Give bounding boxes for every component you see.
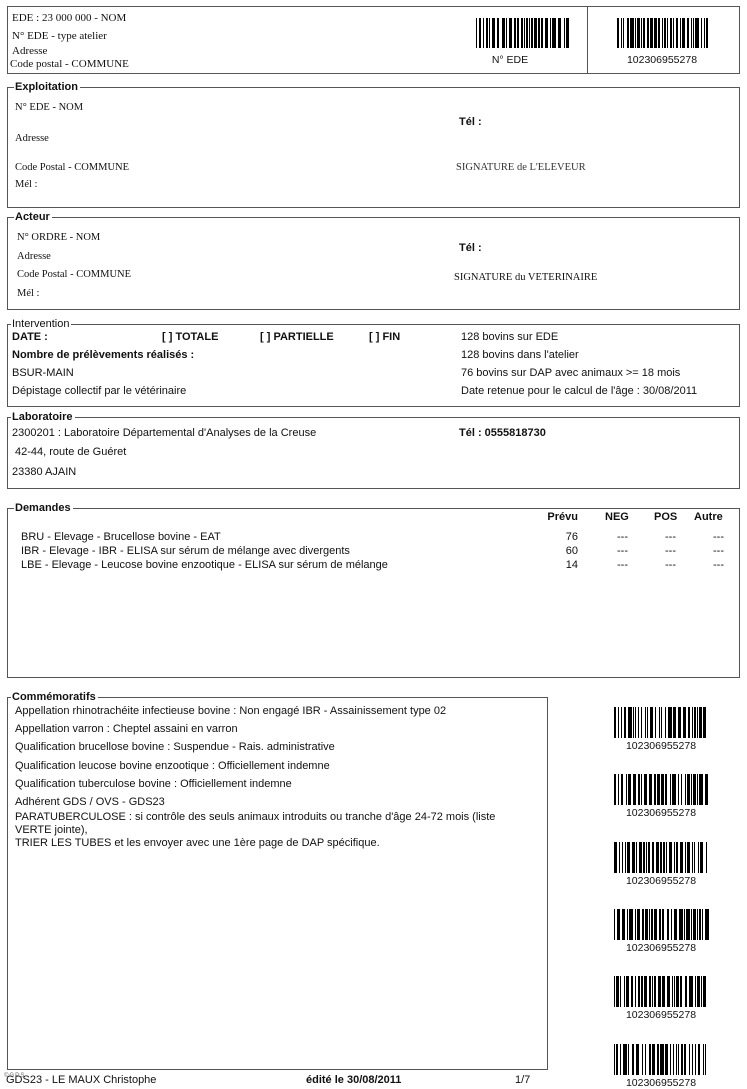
acteur-section — [7, 217, 740, 310]
intervention-description: Dépistage collectif par le vétérinaire — [12, 385, 186, 397]
demande-pos: --- — [652, 559, 676, 571]
sample-barcode — [614, 707, 709, 738]
demande-autre: --- — [700, 531, 724, 543]
laboratoire-name: 2300201 : Laboratoire Départemental d'An… — [12, 427, 316, 439]
intervention-title: Intervention — [11, 318, 71, 330]
demande-prevu: 60 — [530, 545, 578, 557]
commemoratifs-title: Commémoratifs — [11, 691, 98, 703]
commemoratif-line: Appellation rhinotrachéite infectieuse b… — [15, 705, 446, 717]
col-neg: NEG — [605, 511, 629, 523]
exploitation-name: N° EDE - NOM — [15, 102, 83, 113]
note-line-2: VERTE jointe), — [15, 824, 88, 836]
demande-prevu: 14 — [530, 559, 578, 571]
acteur-signature: SIGNATURE du VETERINAIRE — [454, 272, 597, 283]
acteur-title: Acteur — [14, 211, 52, 223]
footer-author: GDS23©GDS - LE MAUX Christophe — [6, 1074, 156, 1086]
acteur-mail: Mél : — [17, 288, 39, 299]
demande-autre: --- — [700, 559, 724, 571]
acteur-address: Adresse — [17, 251, 51, 262]
sample-barcode-label: 102306955278 — [601, 1077, 721, 1089]
acteur-name: N° ORDRE - NOM — [17, 232, 100, 243]
note-line-3: TRIER LES TUBES et les envoyer avec une … — [15, 837, 380, 849]
demande-prevu: 76 — [530, 531, 578, 543]
option-totale-checkbox[interactable]: [ ] TOTALE — [162, 331, 218, 343]
sample-barcode — [614, 842, 707, 873]
exploitation-tel: Tél : — [459, 116, 482, 128]
exploitation-title: Exploitation — [14, 81, 80, 93]
stat-date-age: Date retenue pour le calcul de l'âge : 3… — [461, 385, 697, 397]
ede-barcode — [476, 18, 569, 48]
intervention-code: BSUR-MAIN — [12, 367, 74, 379]
footer-page: 1/7 — [515, 1074, 530, 1086]
exploitation-postal: Code Postal - COMMUNE — [15, 162, 129, 173]
header-address-line: Adresse — [12, 45, 47, 57]
demande-pos: --- — [652, 545, 676, 557]
exploitation-mail: Mél : — [15, 179, 37, 190]
footer-edited: édité le 30/08/2011 — [306, 1074, 401, 1086]
commemoratif-line: Appellation varron : Cheptel assaini en … — [15, 723, 238, 735]
footer-author-prefix: GDS23©GDS — [6, 1074, 42, 1086]
sample-barcode — [614, 909, 709, 940]
header-postal-line: Code postal - COMMUNE — [10, 58, 129, 70]
note-line-1: PARATUBERCULOSE : si contrôle des seuls … — [15, 811, 495, 823]
sample-barcode-label: 102306955278 — [601, 1009, 721, 1021]
commemoratif-line: Qualification leucose bovine enzootique … — [15, 760, 330, 772]
col-prevu: Prévu — [530, 511, 578, 523]
laboratoire-city: 23380 AJAIN — [12, 466, 76, 478]
option-partielle-checkbox[interactable]: [ ] PARTIELLE — [260, 331, 334, 343]
demande-label: IBR - Elevage - IBR - ELISA sur sérum de… — [21, 545, 350, 557]
stat-bovins-ede: 128 bovins sur EDE — [461, 331, 558, 343]
demande-label: BRU - Elevage - Brucellose bovine - EAT — [21, 531, 221, 543]
sample-barcode-label: 102306955278 — [601, 740, 721, 752]
stat-bovins-atelier: 128 bovins dans l'atelier — [461, 349, 579, 361]
sample-barcode — [614, 976, 707, 1007]
laboratoire-title: Laboratoire — [11, 411, 75, 423]
acteur-tel: Tél : — [459, 242, 482, 254]
header-divider — [587, 7, 588, 73]
exploitation-address: Adresse — [15, 133, 49, 144]
demandes-title: Demandes — [14, 502, 73, 514]
footer-dash: - — [45, 1074, 52, 1086]
sample-barcode-label: 102306955278 — [601, 875, 721, 887]
demande-autre: --- — [700, 545, 724, 557]
sample-barcode-label: 102306955278 — [601, 942, 721, 954]
laboratoire-street: 42-44, route de Guéret — [15, 446, 126, 458]
sample-barcode — [614, 774, 708, 805]
commemoratif-line: Adhérent GDS / OVS - GDS23 — [15, 796, 165, 808]
commemoratif-line: Qualification tuberculose bovine : Offic… — [15, 778, 292, 790]
commemoratif-line: Qualification brucellose bovine : Suspen… — [15, 741, 335, 753]
exploitation-section — [7, 87, 740, 208]
exploitation-signature: SIGNATURE de L'ELEVEUR — [456, 162, 586, 173]
demande-pos: --- — [652, 531, 676, 543]
ede-barcode-label: N° EDE — [450, 54, 570, 66]
sample-barcode — [614, 1044, 708, 1075]
col-autre: Autre — [694, 511, 723, 523]
header-ede-line: EDE : 23 000 000 - NOM — [12, 12, 126, 24]
header-barcode-label: 102306955278 — [602, 54, 722, 66]
demande-neg: --- — [604, 545, 628, 557]
stat-bovins-dap: 76 bovins sur DAP avec animaux >= 18 moi… — [461, 367, 680, 379]
demande-neg: --- — [604, 531, 628, 543]
footer-watermark: ©GDS — [4, 1073, 25, 1079]
demande-label: LBE - Elevage - Leucose bovine enzootiqu… — [21, 559, 388, 571]
header-type-line: N° EDE - type atelier — [12, 30, 107, 42]
option-fin-checkbox[interactable]: [ ] FIN — [369, 331, 400, 343]
sample-barcode-label: 102306955278 — [601, 807, 721, 819]
col-pos: POS — [654, 511, 677, 523]
prelevements-label: Nombre de prélèvements réalisés : — [12, 349, 194, 361]
laboratoire-tel: Tél : 0555818730 — [459, 427, 546, 439]
demande-neg: --- — [604, 559, 628, 571]
header-barcode — [617, 18, 710, 48]
intervention-date-label: DATE : — [12, 331, 48, 343]
footer-author-name: LE MAUX Christophe — [52, 1074, 157, 1086]
acteur-postal: Code Postal - COMMUNE — [17, 269, 131, 280]
